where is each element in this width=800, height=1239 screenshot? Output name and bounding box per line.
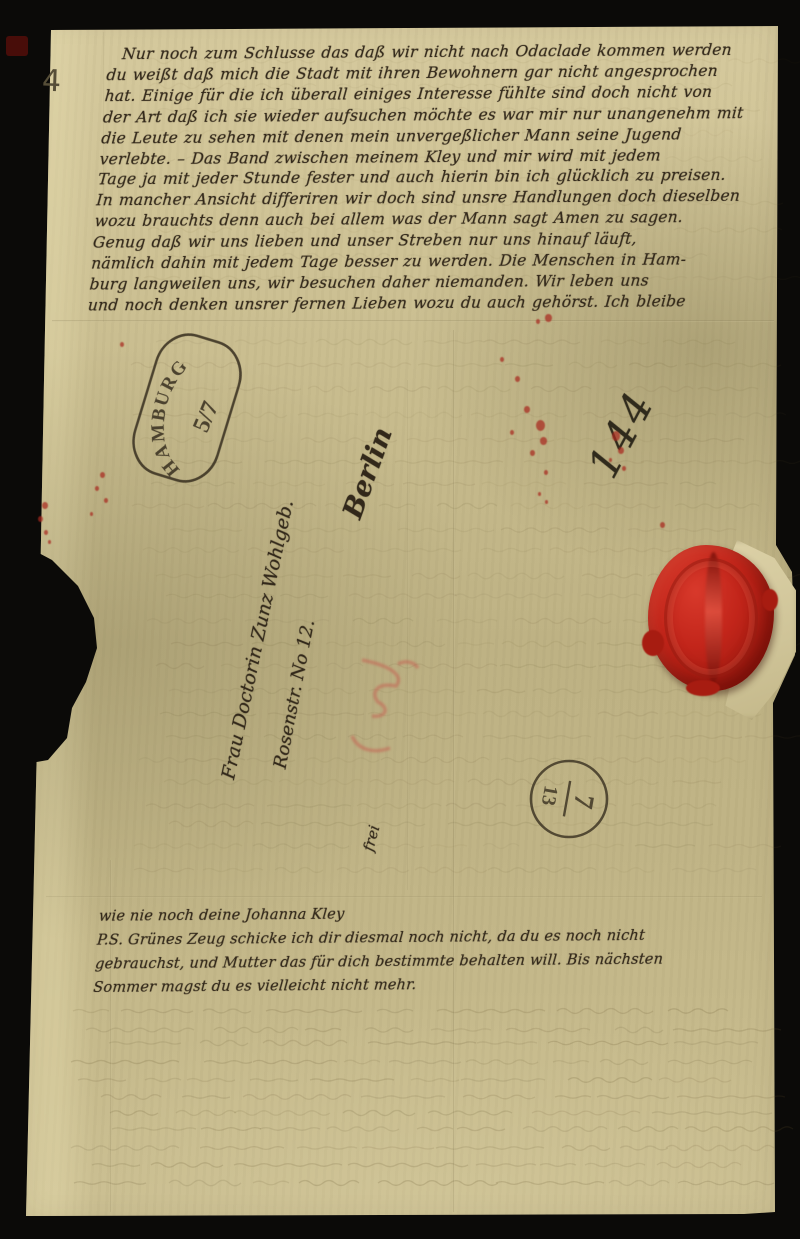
wax-speck <box>510 430 514 435</box>
wax-blob <box>762 589 778 611</box>
letter-body: Nur noch zum Schlusse das daß wir nicht … <box>87 40 799 317</box>
wax-speck <box>660 522 665 528</box>
wax-speck <box>95 486 99 491</box>
wax-speck <box>104 498 108 503</box>
wax-speck <box>48 540 51 544</box>
hamburg-postmark: HAMBURG 5/7 <box>112 334 262 484</box>
wax-speck <box>538 492 541 496</box>
wax-speck <box>536 319 540 324</box>
wax-speck <box>38 516 43 522</box>
wax-blob <box>642 630 664 656</box>
wax-speck <box>100 472 105 478</box>
arrival-postmark: 7 13 <box>527 757 611 841</box>
wax-speck <box>612 431 620 441</box>
wax-speck <box>44 530 48 535</box>
wax-blob <box>686 680 720 696</box>
red-corner-mark <box>6 36 28 56</box>
scanned-letter: 4 Nur noch zum Schlusse das daß wir nich… <box>0 0 800 1239</box>
postmark-date: 5/7 <box>188 398 224 436</box>
letter-postscript: wie nie noch deine Johanna KleyP.S. Grün… <box>92 900 747 1001</box>
arrival-stamp-top: 7 <box>567 792 600 811</box>
wax-speck <box>544 470 548 475</box>
wax-speck <box>515 376 520 382</box>
folio-number: 4 <box>41 64 61 100</box>
wax-speck <box>609 458 612 462</box>
wax-speck <box>622 466 626 471</box>
wax-speck <box>545 500 548 504</box>
wax-speck <box>530 450 535 456</box>
wax-speck <box>90 512 93 516</box>
wax-seal <box>648 545 774 691</box>
wax-speck <box>536 420 545 431</box>
wax-speck <box>120 342 124 347</box>
arrival-stamp-bottom: 13 <box>537 784 562 808</box>
wax-speck <box>500 357 504 362</box>
